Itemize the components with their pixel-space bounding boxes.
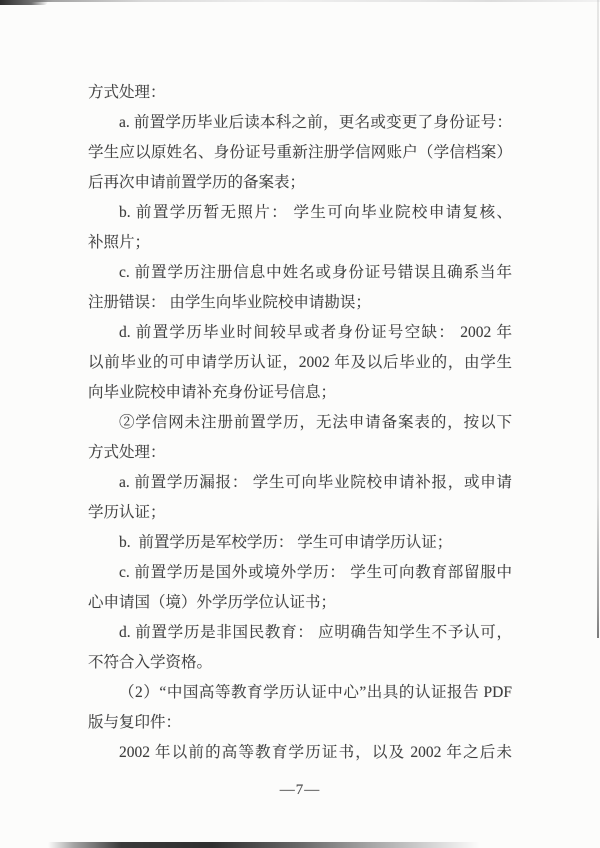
page-number: —7— (280, 782, 321, 798)
text-line: d. 前置学历是非国民教育： 应明确告知学生不予认可， (88, 618, 512, 648)
paragraph: d. 前置学历毕业时间较早或者身份证号空缺： 2002 年以前毕业的可申请学历认… (88, 318, 512, 408)
text-line: d. 前置学历毕业时间较早或者身份证号空缺： 2002 年 (88, 318, 512, 348)
text-line: 学生应以原姓名、身份证号重新注册学信网账户（学信档案） (88, 138, 512, 168)
text-line: a. 前置学历毕业后读本科之前，更名或变更了身份证号： (88, 108, 512, 138)
scanned-document-page: 方式处理：a. 前置学历毕业后读本科之前，更名或变更了身份证号：学生应以原姓名、… (0, 0, 600, 848)
text-line: 补照片； (88, 228, 512, 258)
text-line: c. 前置学历注册信息中姓名或身份证号错误且确系当年 (88, 258, 512, 288)
text-line: 方式处理： (88, 438, 512, 468)
text-line: （2）“中国高等教育学历认证中心”出具的认证报告 PDF (88, 678, 512, 708)
text-line: 以前毕业的可申请学历认证，2002 年及以后毕业的，由学生 (88, 348, 512, 378)
paragraph: 方式处理： (88, 78, 512, 108)
text-line: b. 前置学历是军校学历： 学生可申请学历认证； (88, 528, 512, 558)
text-line: 注册错误： 由学生向毕业院校申请勘误； (88, 288, 512, 318)
paragraph: （2）“中国高等教育学历认证中心”出具的认证报告 PDF版与复印件： (88, 678, 512, 738)
scan-artifact-bottom-smear (48, 842, 480, 848)
page-footer: —7— (88, 780, 512, 800)
paragraph: a. 前置学历漏报： 学生可向毕业院校申请补报，或申请学历认证； (88, 468, 512, 528)
text-line: 后再次申请前置学历的备案表； (88, 168, 512, 198)
document-body: 方式处理：a. 前置学历毕业后读本科之前，更名或变更了身份证号：学生应以原姓名、… (88, 78, 512, 768)
text-line: 不符合入学资格。 (88, 648, 512, 678)
text-line: a. 前置学历漏报： 学生可向毕业院校申请补报，或申请 (88, 468, 512, 498)
text-line: 学历认证； (88, 498, 512, 528)
paragraph: a. 前置学历毕业后读本科之前，更名或变更了身份证号：学生应以原姓名、身份证号重… (88, 108, 512, 198)
paragraph: c. 前置学历注册信息中姓名或身份证号错误且确系当年注册错误： 由学生向毕业院校… (88, 258, 512, 318)
text-line: 2002 年以前的高等教育学历证书，以及 2002 年之后未 (88, 738, 512, 768)
text-line: 版与复印件： (88, 708, 512, 738)
text-line: ②学信网未注册前置学历，无法申请备案表的，按以下 (88, 408, 512, 438)
paragraph: 2002 年以前的高等教育学历证书，以及 2002 年之后未 (88, 738, 512, 768)
paragraph: d. 前置学历是非国民教育： 应明确告知学生不予认可，不符合入学资格。 (88, 618, 512, 678)
scan-artifact-top-left-corner (0, 0, 48, 5)
text-line: b. 前置学历暂无照片： 学生可向毕业院校申请复核、 (88, 198, 512, 228)
text-line: 方式处理： (88, 78, 512, 108)
paragraph: c. 前置学历是国外或境外学历： 学生可向教育部留服中心申请国（境）外学历学位认… (88, 558, 512, 618)
paragraph: b. 前置学历暂无照片： 学生可向毕业院校申请复核、补照片； (88, 198, 512, 258)
scan-artifact-right-edge-line (597, 0, 599, 638)
paragraph: ②学信网未注册前置学历，无法申请备案表的，按以下方式处理： (88, 408, 512, 468)
scan-artifact-top-edge (0, 0, 600, 2)
text-line: 心申请国（境）外学历学位认证书； (88, 588, 512, 618)
text-line: c. 前置学历是国外或境外学历： 学生可向教育部留服中 (88, 558, 512, 588)
text-line: 向毕业院校申请补充身份证号信息； (88, 378, 512, 408)
paragraph: b. 前置学历是军校学历： 学生可申请学历认证； (88, 528, 512, 558)
